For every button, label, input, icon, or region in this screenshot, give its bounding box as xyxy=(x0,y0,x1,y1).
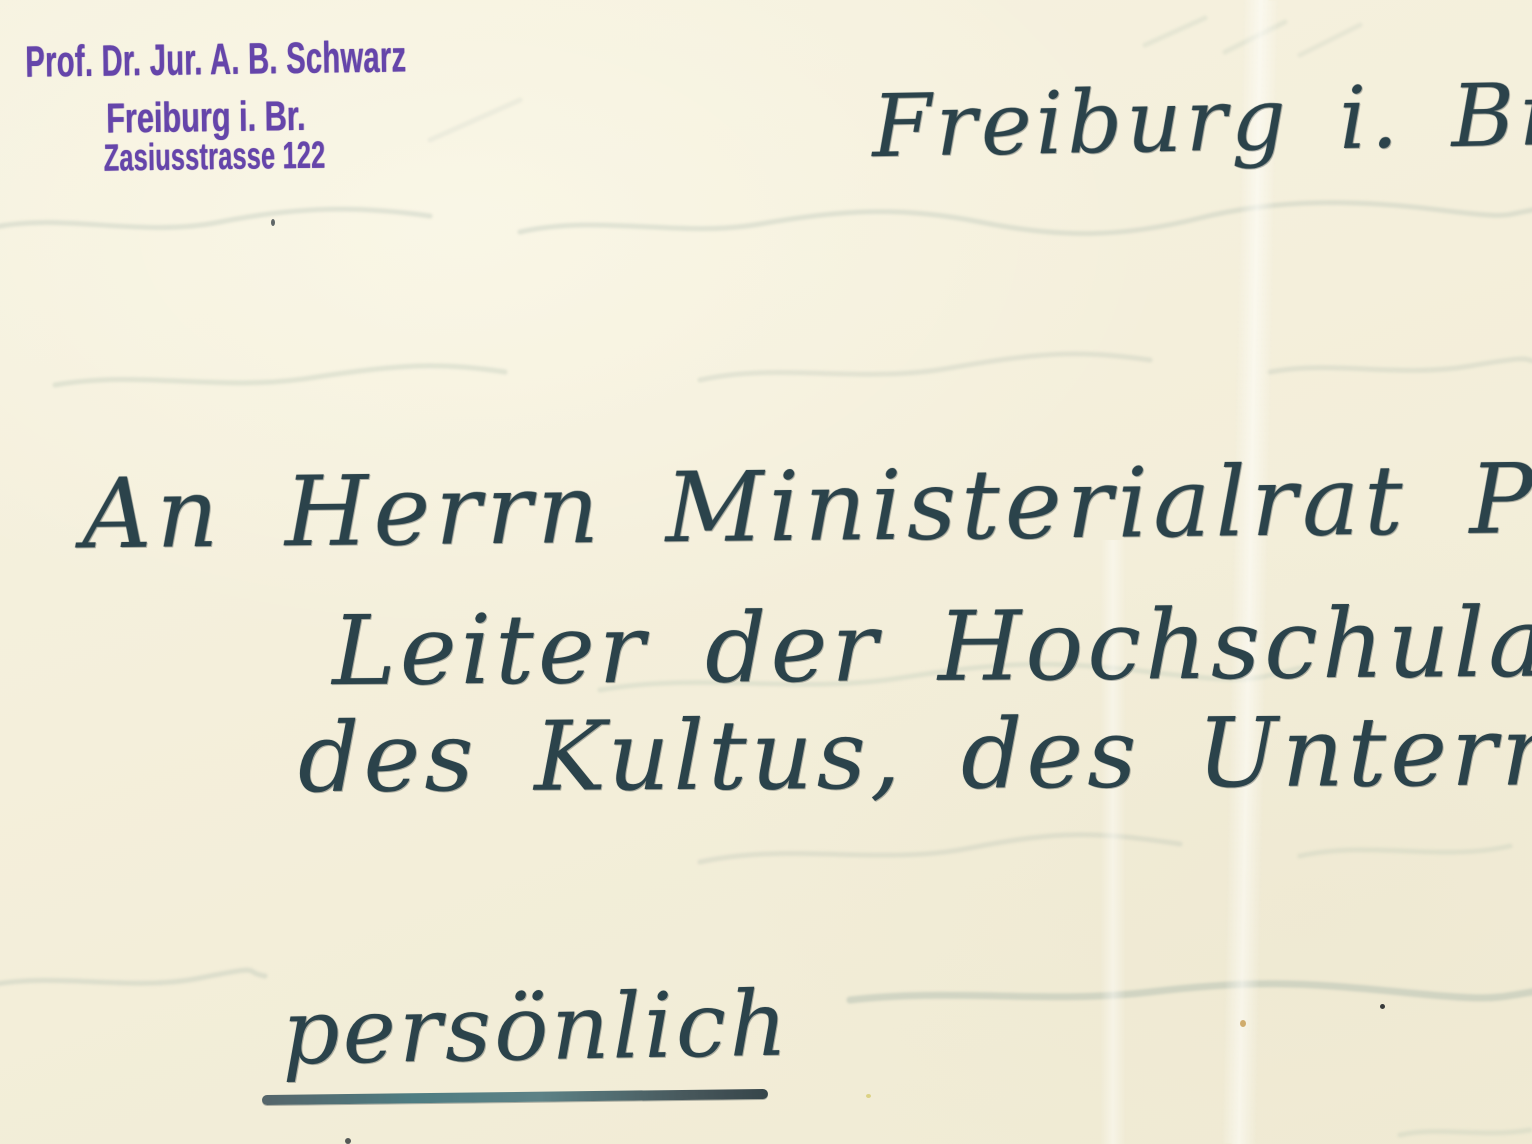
annotation-underline-stroke xyxy=(262,1089,768,1105)
ink-speck xyxy=(1380,1004,1385,1009)
ink-speck xyxy=(271,219,275,226)
sender-stamp: Prof. Dr. Jur. A. B. Schwarz Freiburg i.… xyxy=(25,35,427,181)
paper-fleck xyxy=(866,1094,871,1098)
paper-crease-right xyxy=(1221,0,1279,1144)
paper-fleck xyxy=(1240,1020,1246,1027)
personal-annotation: persönlich xyxy=(281,980,791,1079)
stamp-city: Freiburg i. Br. xyxy=(106,95,306,140)
address-line-recipient: An Herrn Ministerialrat Prof xyxy=(82,450,1532,563)
address-line-ministry: des Kultus, des Unterrichts xyxy=(298,702,1532,806)
address-line-title: Leiter der Hochschulabteil xyxy=(332,593,1532,699)
handwritten-dateline: Freiburg i. Br. xyxy=(871,72,1532,170)
stamp-street-address: Zasiusstrasse 122 xyxy=(103,137,325,178)
ink-speck xyxy=(345,1138,351,1144)
letter-scan-page: Prof. Dr. Jur. A. B. Schwarz Freiburg i.… xyxy=(0,0,1532,1144)
stamp-sender-name: Prof. Dr. Jur. A. B. Schwarz xyxy=(25,35,407,84)
